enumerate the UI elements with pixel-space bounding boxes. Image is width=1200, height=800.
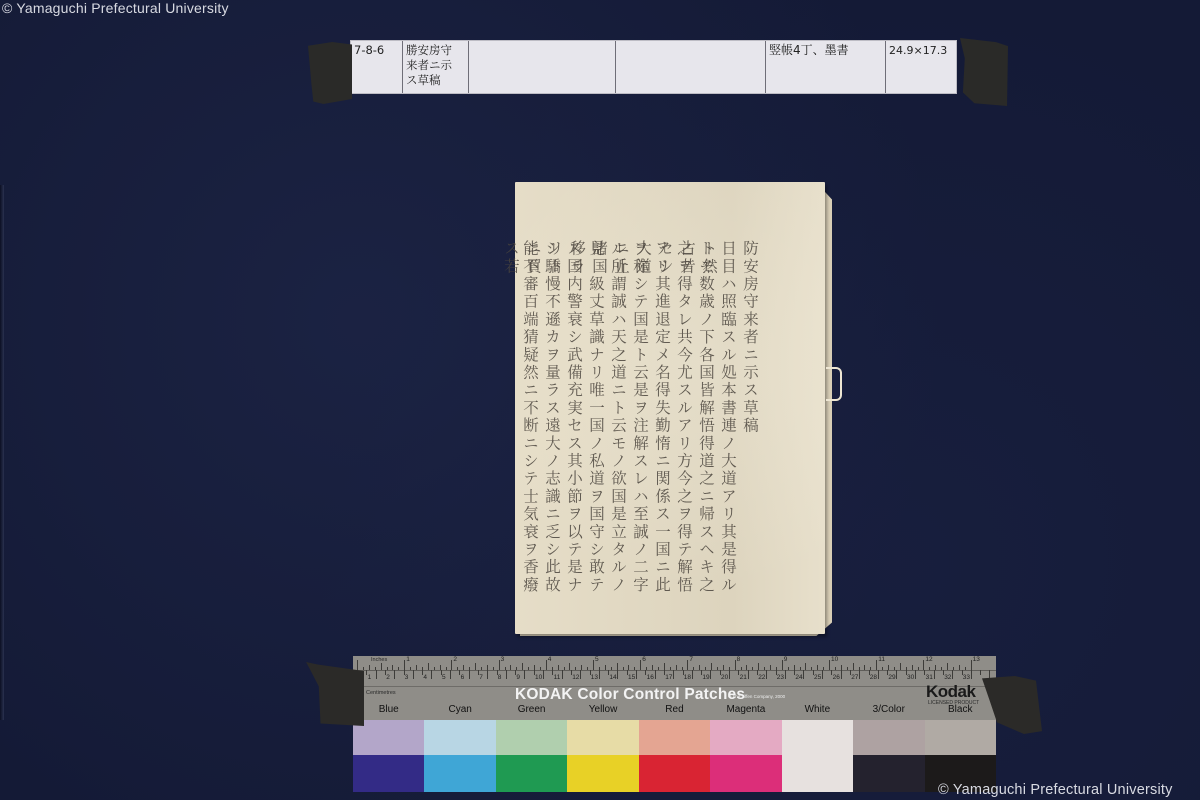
ruler-tick [934,670,935,679]
cm-mark: 23 [777,674,784,681]
patch-label-cyan: Cyan [424,704,495,715]
ruler-tick [506,670,507,679]
patch-light [710,720,781,755]
patch-dark [424,755,495,792]
ruler-tick [673,670,674,679]
ruler-tick [923,660,924,670]
patch-dark [710,755,781,792]
ruler-tick [878,670,879,679]
text-column: ス国内警衰シ武備充実セス其小節ヲ以テ是ナリト [564,240,583,610]
text-column: 之ヲ得タレ共今尤スルアリ方今之ヲ得テ解悟セシ [674,240,693,610]
inch-mark: 9 [784,656,788,663]
ruler-tick [841,670,842,679]
ruler-tick [805,663,806,670]
ruler-tick [428,663,429,670]
kodak-logo: Kodak [926,682,975,702]
ruler-tick [381,663,382,670]
cm-mark: 26 [833,674,840,681]
ruler-tick [357,660,358,670]
ruler-tick [971,660,972,670]
ruler-tick [664,663,665,670]
ruler-tick [687,660,688,670]
inch-mark: 2 [453,656,457,663]
copyright-watermark-top: © Yamaguchi Prefectural University [2,0,229,16]
inch-mark: 13 [973,656,980,663]
ruler-tick [475,663,476,670]
patch-light [782,720,853,755]
label-empty-cell [469,41,616,93]
manuscript-document: 防安房守来者ニ示ス草稿 日目ハ照臨スル処本書連ノ大道アリ其是得ルト然 トモ数歳ノ… [515,182,825,634]
label-title: 勝安房守 来者ニ示 ス草稿 [403,41,469,93]
cm-mark: 2 [386,674,390,681]
patch-label-black: Black [925,704,996,715]
ruler-tick [617,663,618,670]
cm-mark: 33 [963,674,970,681]
inch-mark: 10 [831,656,838,663]
copyright-watermark-bottom: © Yamaguchi Prefectural University [938,782,1173,798]
inch-mark: 8 [737,656,741,663]
color-patch-green [496,720,567,792]
inch-mark: 11 [878,656,885,663]
ruler-tick [451,660,452,670]
cm-mark: 7 [479,674,483,681]
inch-mark: 5 [595,656,599,663]
label-title-line: 来者ニ示 [406,58,465,73]
ruler-tick [413,670,414,679]
cm-mark: 32 [944,674,951,681]
inch-mark: 4 [548,656,552,663]
cm-mark: 30 [907,674,914,681]
ruler-tick [617,670,618,679]
cm-mark: 18 [684,674,691,681]
color-patches [353,720,996,792]
cm-mark: 15 [628,674,635,681]
ruler-tick [640,660,641,670]
label-format: 竪帳4丁、墨書 [766,41,886,93]
ruler-tick [499,660,500,670]
tape-piece [960,38,1008,106]
card-copyright: © The Tiffen Company, 2000 [728,694,785,699]
patch-label-magenta: Magenta [710,704,781,715]
ruler-tick [404,660,405,670]
ruler-centimetres: Centimetres 1234567891011121314151617181… [353,670,996,686]
cm-mark: 20 [721,674,728,681]
ruler-tick [758,663,759,670]
ruler-tick [947,663,948,670]
ruler-tick [735,660,736,670]
ruler-inches: Inches 12345678910111213 [353,656,996,671]
text-column: アリ其進退定メ名得失勤惰ニ関係ス一国ニ此大道 [652,240,671,610]
ruler-tick [711,663,712,670]
cm-mark: 25 [814,674,821,681]
ruler-tick [450,670,451,679]
cm-mark: 5 [442,674,446,681]
text-column: トモ数歳ノ下各国皆解悟得道之ニ帰スヘキ之古昔 [696,240,715,610]
cm-mark: 17 [665,674,672,681]
text-column: ル所謂誠ハ天之道ニト云モノ欲国是立タルノ諸国 [608,240,627,610]
patch-label-yellow: Yellow [567,704,638,715]
ruler-tick [859,670,860,679]
cm-mark: 28 [870,674,877,681]
card-title: KODAK Color Control Patches [515,686,745,704]
cm-mark: 19 [702,674,709,681]
ruler-tick [376,670,377,679]
tape-piece [308,42,352,104]
ruler-tick [692,670,693,679]
ruler-tick [710,670,711,679]
ruler-tick [562,670,563,679]
patch-labels: BlueCyanGreenYellowRedMagentaWhite3/Colo… [353,704,996,715]
patch-dark [496,755,567,792]
label-empty-cell [616,41,766,93]
ruler-tick [971,670,972,679]
color-patch-yellow [567,720,638,792]
ruler-tick [785,670,786,679]
ruler-tick [524,670,525,679]
patch-label-3-color: 3/Color [853,704,924,715]
cm-mark: 21 [740,674,747,681]
patch-dark [567,755,638,792]
color-patch-white [782,720,853,792]
ruler-tick [822,670,823,679]
cm-mark: 14 [609,674,616,681]
patch-light [853,720,924,755]
ruler-tick [853,663,854,670]
ruler-tick [766,670,767,679]
ruler-tick [952,670,953,679]
label-dimensions: 24.9×17.3 [886,41,956,93]
inches-label: Inches [371,657,387,663]
color-patch-magenta [710,720,781,792]
ruler-tick [522,663,523,670]
ruler-tick [803,670,804,679]
binding-string [826,367,842,401]
patch-dark [639,755,710,792]
inch-mark: 6 [642,656,646,663]
cm-mark: 22 [758,674,765,681]
inch-mark: 1 [406,656,410,663]
label-title-line: ス草稿 [406,73,465,88]
ruler-tick [431,670,432,679]
patch-dark [353,755,424,792]
cm-mark: 4 [423,674,427,681]
inch-mark: 7 [689,656,693,663]
ruler-tick [915,670,916,679]
ruler-tick [599,670,600,679]
patch-label-white: White [782,704,853,715]
text-column: 見 級丈草識ナリ唯一国ノ私道ヲ国守シ敢テ移ラ [586,240,605,610]
cm-mark: 16 [647,674,654,681]
ruler-tick [580,670,581,679]
ruler-tick [543,670,544,679]
ruler-tick [980,670,981,675]
ruler-tick [876,660,877,670]
patch-label-red: Red [639,704,710,715]
ruler-tick [569,663,570,670]
ruler-tick [487,670,488,679]
patch-light [925,720,996,755]
kodak-color-card: Inches 12345678910111213 Centimetres 123… [353,656,996,792]
adjacent-item-edge [0,185,4,720]
ruler-tick [782,660,783,670]
patch-light [567,720,638,755]
cm-mark: 13 [591,674,598,681]
patch-light [639,720,710,755]
patch-label-green: Green [496,704,567,715]
patch-dark [853,755,924,792]
ruler-tick [729,670,730,679]
cm-mark: 3 [405,674,409,681]
cm-mark: 27 [851,674,858,681]
tape-piece [306,662,364,726]
cm-mark: 24 [795,674,802,681]
text-column: ヲ称シテ国是ト云是ヲ注解スレハ至誠ノ二字ニ止 [630,240,649,610]
ruler-tick [989,670,990,679]
manuscript-text: 防安房守来者ニ示ス草稿 日目ハ照臨スル処本書連ノ大道アリ其是得ルト然 トモ数歳ノ… [515,240,825,610]
cm-mark: 29 [888,674,895,681]
centimetres-label: Centimetres [366,690,396,696]
inch-mark: 3 [501,656,505,663]
text-column: シ驕慢不遜カヲ量ラス遠大ノ志識ニ乏シ此故ニ買 [542,240,561,610]
color-patch-blue [353,720,424,792]
cm-mark: 11 [554,674,561,681]
label-title-line: 勝安房守 [406,43,465,58]
patch-light [424,720,495,755]
cm-mark: 10 [535,674,542,681]
cm-mark: 1 [368,674,372,681]
ruler-tick [394,670,395,679]
ruler-tick [546,660,547,670]
label-id: 7-8-6 [351,41,403,93]
ruler-tick [593,660,594,670]
ruler-tick [900,663,901,670]
cm-mark: 6 [461,674,465,681]
ruler-tick [748,670,749,679]
ruler-tick [896,670,897,679]
inch-mark: 12 [925,656,932,663]
color-patch-cyan [424,720,495,792]
ruler-tick [469,670,470,679]
color-patch-3-color [853,720,924,792]
patch-light [496,720,567,755]
text-column: 日目ハ照臨スル処本書連ノ大道アリ其是得ルト然 [718,240,737,610]
color-patch-red [639,720,710,792]
text-column: 能不審百端猜疑然ニ不断ニシテ士気衰ヲ香癈ス若 [520,240,539,610]
ruler-tick [655,670,656,679]
ruler-tick [636,670,637,679]
ruler: Inches 12345678910111213 Centimetres 123… [353,656,996,687]
ruler-tick [829,660,830,670]
cm-mark: 9 [516,674,520,681]
text-column: 防安房守来者ニ示ス草稿 [740,240,759,610]
catalog-label-strip: 7-8-6 勝安房守 来者ニ示 ス草稿 竪帳4丁、墨書 24.9×17.3 [350,40,957,94]
patch-dark [782,755,853,792]
cm-mark: 12 [572,674,579,681]
cm-mark: 31 [926,674,933,681]
cm-mark: 8 [498,674,502,681]
